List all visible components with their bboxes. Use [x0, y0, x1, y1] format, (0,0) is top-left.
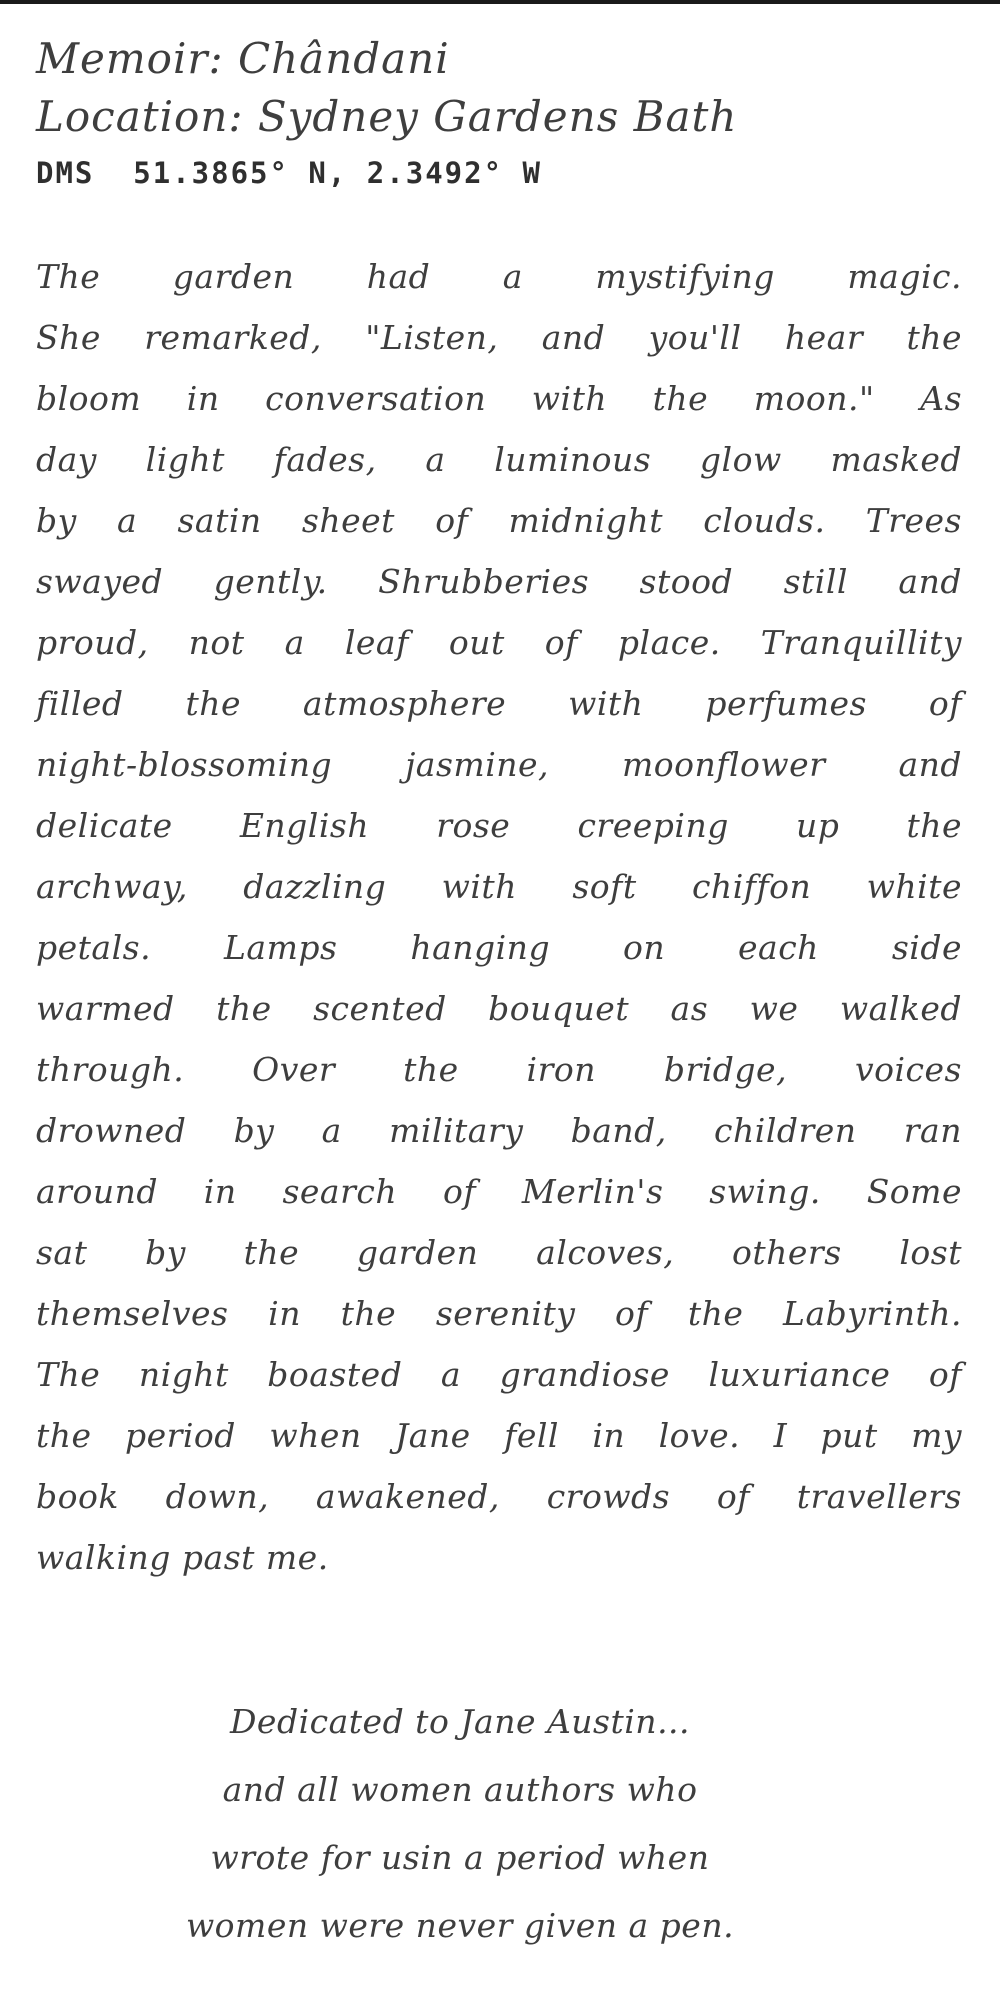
dedication-line: and all women authors who — [0, 1756, 920, 1824]
memoir-line: filled the atmosphere with perfumes of — [36, 673, 962, 734]
dedication-line: women were never given a pen. — [0, 1892, 920, 1960]
location-line: Location: Sydney Gardens Bath — [36, 88, 960, 146]
memoir-line: She remarked, "Listen, and you'll hear t… — [36, 307, 962, 368]
dedication-line: Dedicated to Jane Austin... — [0, 1688, 920, 1756]
memoir-line: proud, not a leaf out of place. Tranquil… — [36, 612, 962, 673]
dedication-line: wrote for usin a period when — [0, 1824, 920, 1892]
memoir-line: the period when Jane fell in love. I put… — [36, 1405, 962, 1466]
memoir-title: Memoir: Chândani — [36, 30, 960, 88]
dms-coordinates: DMS 51.3865° N, 2.3492° W — [36, 150, 960, 196]
memoir-line: themselves in the serenity of the Labyri… — [36, 1283, 962, 1344]
memoir-line: through. Over the iron bridge, voices — [36, 1039, 962, 1100]
memoir-line: The night boasted a grandiose luxuriance… — [36, 1344, 962, 1405]
memoir-line: sat by the garden alcoves, others lost — [36, 1222, 962, 1283]
memoir-line: swayed gently. Shrubberies stood still a… — [36, 551, 962, 612]
memoir-line: bloom in conversation with the moon." As — [36, 368, 962, 429]
memoir-line: delicate English rose creeping up the — [36, 795, 962, 856]
memoir-line: drowned by a military band, children ran — [36, 1100, 962, 1161]
memoir-line: walking past me. — [36, 1527, 962, 1588]
memoir-body: The garden had a mystifying magic. She r… — [0, 196, 1000, 1588]
memoir-line: day light fades, a luminous glow masked — [36, 429, 962, 490]
memoir-line: The garden had a mystifying magic. — [36, 246, 962, 307]
memoir-line: night-blossoming jasmine, moonflower and — [36, 734, 962, 795]
memoir-header: Memoir: Chândani Location: Sydney Garden… — [0, 4, 1000, 196]
memoir-line: archway, dazzling with soft chiffon whit… — [36, 856, 962, 917]
memoir-line: petals. Lamps hanging on each side — [36, 917, 962, 978]
memoir-line: by a satin sheet of midnight clouds. Tre… — [36, 490, 962, 551]
dedication: Dedicated to Jane Austin... and all wome… — [0, 1688, 1000, 1960]
memoir-line: warmed the scented bouquet as we walked — [36, 978, 962, 1039]
memoir-line: around in search of Merlin's swing. Some — [36, 1161, 962, 1222]
memoir-line: book down, awakened, crowds of traveller… — [36, 1466, 962, 1527]
